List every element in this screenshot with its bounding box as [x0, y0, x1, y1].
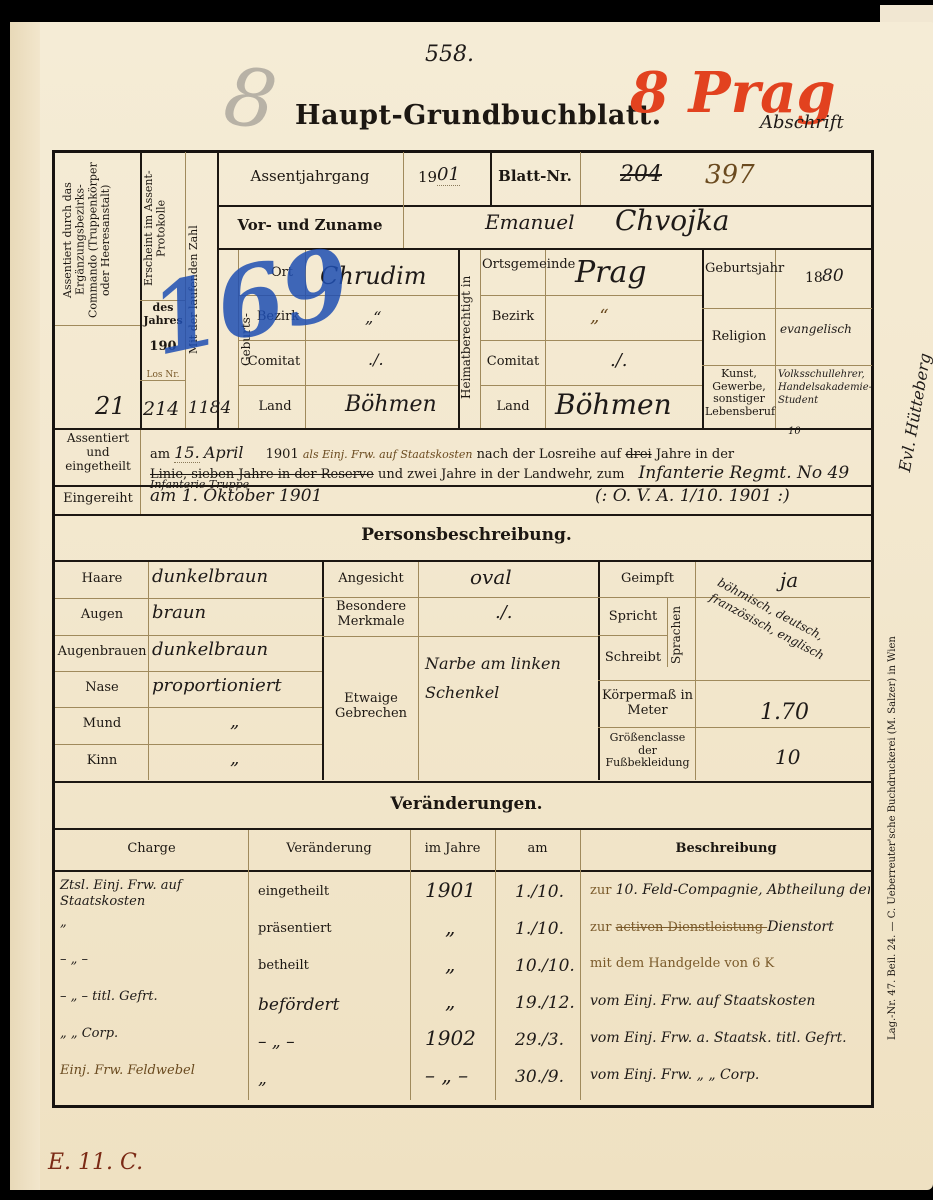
cell-am: 19./12.	[515, 993, 575, 1013]
column-header: Beschreibung	[580, 842, 872, 857]
cell-jahr: 1902	[425, 1026, 476, 1050]
geburtsjahr-label: Geburtsjahr	[705, 262, 773, 277]
cell-veraenderung: – „ –	[258, 1032, 295, 1052]
cell-jahr: „	[445, 952, 455, 976]
blatt-nr-value: 397	[705, 160, 755, 190]
bottom-note: E. 11. C.	[48, 1150, 143, 1175]
los-nr-value: 214	[143, 398, 179, 420]
laufende-zahl-value: 1184	[188, 398, 231, 418]
cell-charge: Ztsl. Einj. Frw. auf Staatskosten	[60, 878, 246, 909]
personsbeschreibung-title: Personsbeschreibung.	[0, 525, 933, 545]
angesicht-label: Angesicht	[325, 572, 417, 587]
assentjahrgang-prefix: 19	[418, 168, 437, 186]
blatt-nr-struck: 204	[620, 162, 662, 187]
cell-charge: – „ – titl. Gefrt.	[60, 989, 246, 1005]
assentiert-struck-drei: drei	[625, 447, 651, 462]
cell-beschreibung: zur activen Dienstleistung Dienstort	[590, 919, 870, 935]
heimat-comitat-label: Comitat	[482, 355, 544, 370]
cell-jahr: „	[445, 915, 455, 939]
assentiert-text-1: nach der Losreihe auf	[477, 447, 622, 462]
gebrechen-label: Etwaige Gebrechen	[325, 692, 417, 722]
cell-am: 29./3.	[515, 1030, 564, 1050]
cell-beschreibung: zur 10. Feld-Compagnie, Abtheilung der E…	[590, 882, 870, 898]
commando-value: 21	[95, 392, 126, 420]
religion-label: Religion	[705, 330, 773, 345]
geburt-land-value: Böhmen	[345, 392, 437, 417]
pb-label: Augenbrauen	[56, 645, 148, 660]
sprachen-label: Sprachen	[670, 605, 692, 665]
cell-am: 1./10.	[515, 919, 564, 939]
beruf-label: Kunst, Gewerbe, sonstiger Lebensberuf	[705, 368, 773, 419]
assentiert-label: Assentiert und eingetheilt	[57, 432, 139, 473]
cell-am: 1./10.	[515, 882, 564, 902]
column-header: am	[495, 842, 580, 857]
assentiert-am: am	[150, 447, 170, 462]
cell-am: 30./9.	[515, 1067, 564, 1087]
heimat-ortsgemeinde-value: Prag	[575, 255, 647, 290]
schreibt-label: Schreibt	[600, 651, 666, 666]
column-header: im Jahre	[410, 842, 495, 857]
cell-veraenderung: betheilt	[258, 958, 309, 973]
cell-veraenderung: präsentiert	[258, 921, 332, 936]
pb-value: proportioniert	[152, 675, 322, 696]
pb-label: Kinn	[56, 754, 148, 769]
cell-am: 10./10.	[515, 956, 575, 976]
eingereiht-reference: (: O. V. A. 1/10. 1901 :)	[595, 486, 790, 506]
cell-charge: „ „ Corp.	[60, 1026, 246, 1042]
heimat-ortsgemeinde-label: Ortsgemeinde	[482, 258, 544, 273]
groessenclasse-value: 10	[775, 745, 800, 769]
assentiert-regiment: Infanterie Regmt. No 49	[639, 463, 850, 483]
gebrechen-value: Narbe am linken Schenkel	[425, 650, 595, 708]
document-title: Haupt-Grundbuchblatt.	[295, 100, 662, 131]
pb-value: dunkelbraun	[152, 566, 322, 587]
assentiert-day: 15.	[174, 443, 199, 463]
cell-jahr: „	[445, 989, 455, 1013]
column-header: Veränderung	[248, 842, 410, 857]
cell-beschreibung: vom Einj. Frw. auf Staatskosten	[590, 993, 870, 1009]
first-name: Emanuel	[485, 210, 574, 234]
pb-label: Mund	[56, 717, 148, 732]
assentiert-year: 1901	[266, 447, 299, 462]
pb-label: Nase	[56, 681, 148, 696]
assentjahrgang-value: 01	[437, 164, 460, 186]
heimat-comitat-value: ./.	[610, 350, 628, 371]
heimat-land-value: Böhmen	[555, 388, 672, 421]
spricht-label: Spricht	[600, 610, 666, 625]
surname: Chvojka	[615, 204, 729, 237]
angesicht-value: oval	[470, 565, 512, 589]
assentjahrgang-label: Assentjahrgang	[220, 168, 400, 185]
geburt-bezirk-value: „“	[365, 308, 381, 327]
religion-value: evangelisch	[780, 322, 870, 336]
assentiert-month: April	[204, 443, 244, 462]
cell-beschreibung: vom Einj. Frw. „ „ Corp.	[590, 1067, 870, 1083]
cell-charge: Einj. Frw. Feldwebel	[60, 1063, 246, 1079]
heimat-bezirk-label: Bezirk	[482, 310, 544, 325]
heimat-bezirk-value: „“	[590, 306, 609, 327]
pb-value: „	[230, 748, 400, 769]
koerpermass-value: 1.70	[760, 700, 809, 725]
assentiert-durch-header: Assentiert durch das Ergänzungsbezirks-C…	[62, 160, 134, 320]
geimpft-label: Geimpft	[600, 572, 695, 587]
abschrift-note: Abschrift	[760, 112, 844, 133]
blatt-nr-label: Blatt-Nr.	[492, 168, 578, 185]
page-number: 558.	[425, 42, 474, 67]
cell-veraenderung: „	[258, 1069, 267, 1089]
beruf-value: Volksschullehrer, Handelsakademie-Studen…	[778, 368, 872, 407]
geburtsjahr-value: 80	[822, 266, 844, 286]
cell-charge: „	[60, 915, 246, 931]
eingereiht-value: am 1. Oktober 1901	[150, 486, 322, 506]
assentiert-correction: 10	[788, 426, 801, 437]
cell-veraenderung: eingetheilt	[258, 884, 329, 899]
eingereiht-label: Eingereiht	[57, 492, 139, 507]
cell-beschreibung: mit dem Handgelde von 6 K	[590, 956, 870, 971]
cell-beschreibung: vom Einj. Frw. a. Staatsk. titl. Gefrt.	[590, 1030, 870, 1046]
column-header: Charge	[55, 842, 248, 857]
heimat-label: Heimatberechtigt in	[460, 255, 478, 420]
cell-veraenderung: befördert	[258, 995, 340, 1015]
geburtsjahr-prefix: 18	[805, 270, 823, 286]
cell-jahr: 1901	[425, 878, 476, 902]
cell-charge: – „ –	[60, 952, 246, 968]
pb-label: Augen	[56, 608, 148, 623]
paper-fold-edge	[10, 22, 40, 1190]
cell-jahr: – „ –	[425, 1063, 468, 1087]
pb-value: dunkelbraun	[152, 639, 322, 660]
assentiert-text-3: und zwei Jahre in der Landwehr, zum	[378, 467, 624, 482]
heimat-land-label: Land	[482, 400, 544, 415]
printer-imprint: Lag.-Nr. 47. Beil. 24. — C. Ueberreuter'…	[887, 636, 898, 1040]
geimpft-value: ja	[780, 568, 798, 592]
groessenclasse-label: Größenclasse der Fußbekleidung	[600, 732, 695, 770]
geburt-land-label: Land	[250, 400, 300, 415]
assentiert-unit: als Einj. Frw. auf Staatskosten	[303, 448, 473, 461]
pb-value: braun	[152, 602, 322, 623]
merkmale-label: Besondere Merkmale	[325, 600, 417, 630]
pb-label: Haare	[56, 572, 148, 587]
merkmale-value: ./.	[495, 602, 513, 623]
assentiert-text-2: Jahre in der	[656, 447, 734, 462]
koerpermass-label: Körpermaß in Meter	[600, 689, 695, 719]
geburt-comitat-value: ./.	[368, 350, 384, 369]
veraenderungen-title: Veränderungen.	[0, 794, 933, 814]
